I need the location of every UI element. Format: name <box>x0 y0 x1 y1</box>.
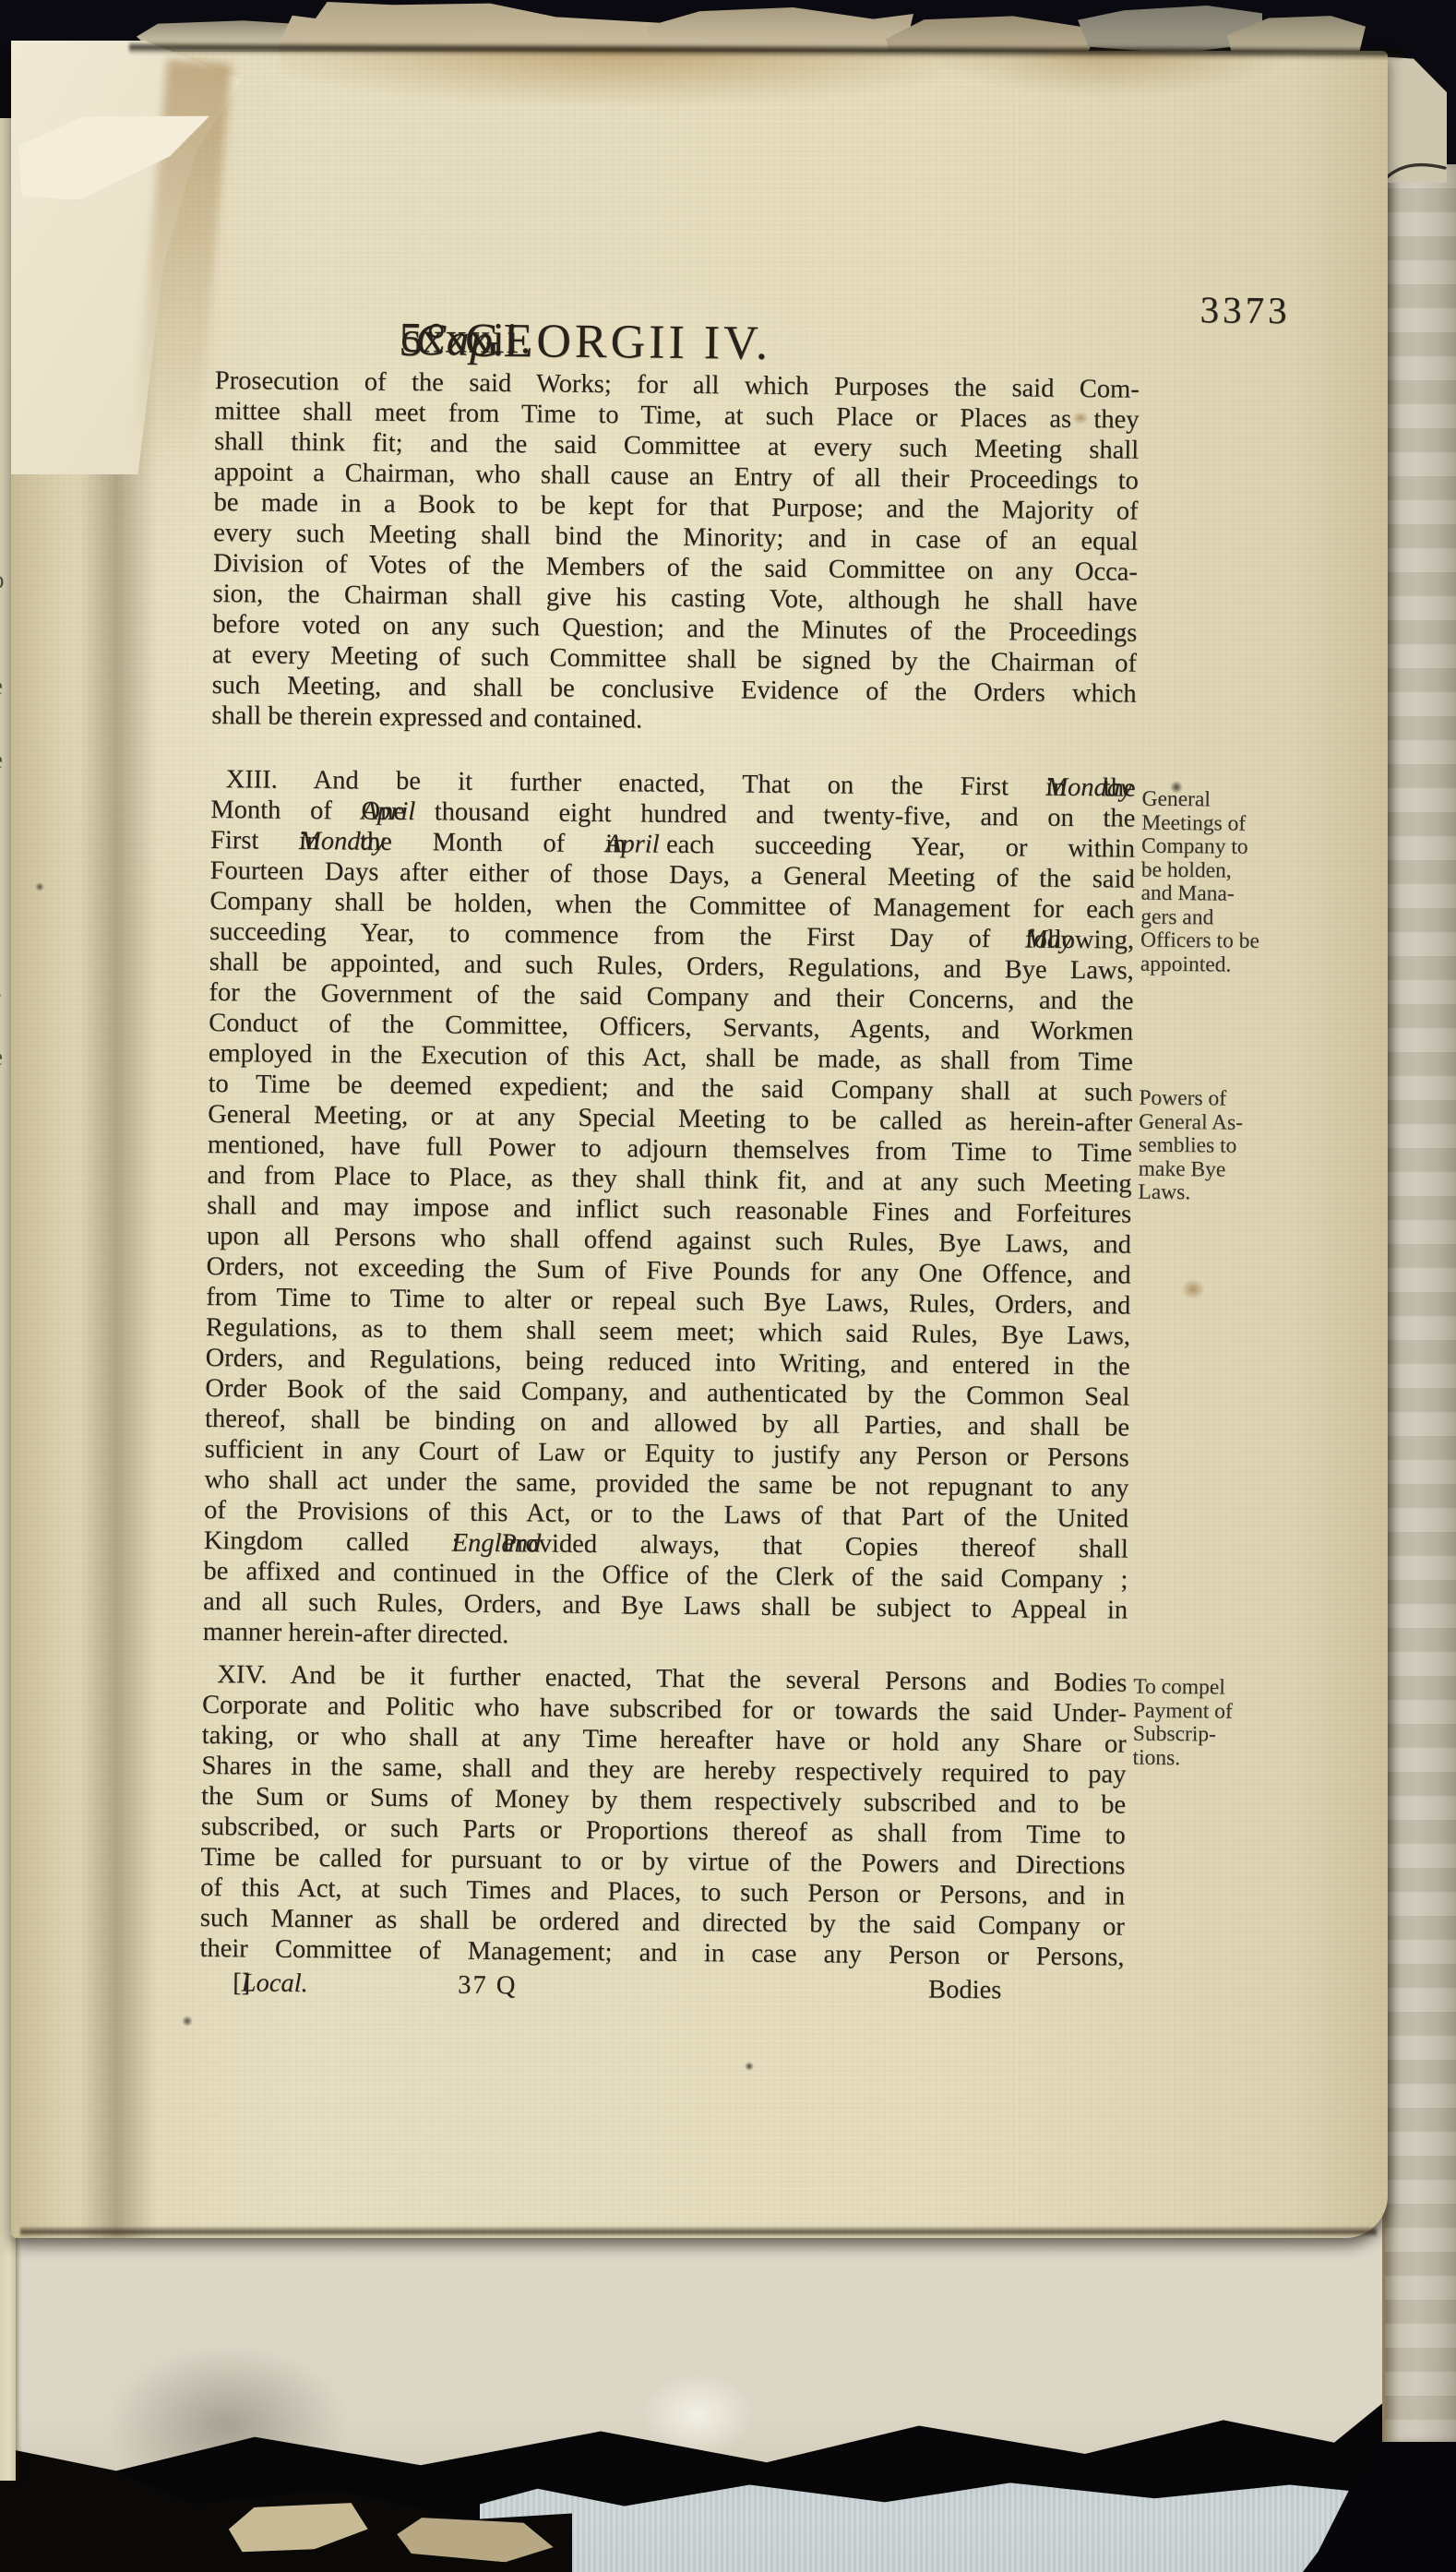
margin-note-line: gers and <box>1140 905 1299 930</box>
margin-note-line: Subscrip- <box>1133 1723 1292 1748</box>
catchword: Bodies <box>928 1976 1001 2006</box>
paper-chip <box>642 2374 753 2457</box>
margin-note-line: make Bye <box>1139 1157 1297 1182</box>
pen-mark <box>1380 153 1452 194</box>
margin-note-line: and Mana- <box>1140 882 1299 907</box>
bottom-cloth-band <box>480 2475 1444 2572</box>
margin-note-line: Powers of <box>1139 1087 1297 1112</box>
running-header: 5° GEORGII IV.Cap.cxxxii. <box>400 313 1230 321</box>
margin-note-powers: Powers ofGeneral As-semblies tomake ByeL… <box>1138 1087 1297 1206</box>
margin-note-subscriptions: To compelPayment ofSubscrip-tions. <box>1132 1676 1292 1772</box>
cloth-texture <box>480 2475 1444 2572</box>
margin-note-line: appointed. <box>1140 952 1299 977</box>
fore-edge-pages <box>1382 164 1456 2442</box>
section-xiv: XIV. And be it further enacted, That the… <box>199 1659 1127 1973</box>
margin-note-line: Company to <box>1141 835 1300 860</box>
signature-mark: 37 Q <box>458 1971 518 2002</box>
margin-note-line: Meetings of <box>1141 811 1300 836</box>
paragraph-prosecution: Prosecution of the said Works; for all w… <box>211 365 1140 740</box>
margin-note-line: Officers to be <box>1140 929 1299 954</box>
underlying-page-edge <box>6 2217 1390 2499</box>
smudge-stain <box>107 2346 347 2503</box>
printed-text-layer: 5° GEORGII IV.Cap.cxxxii. 3373 Prosecuti… <box>0 50 1390 2249</box>
page-number: 3373 <box>1199 287 1290 332</box>
margin-note-line: Payment of <box>1133 1699 1292 1724</box>
local-act-tag: [Local.] <box>233 1968 250 1998</box>
margin-note-line: tions. <box>1132 1746 1291 1771</box>
chapter-number: cxxxii. <box>400 313 533 364</box>
book-scan-photo: rftofeesef 5° GEORGII IV.Cap.cxxxii. 337… <box>0 0 1456 2572</box>
margin-note-line: General As- <box>1139 1110 1297 1135</box>
fore-edge-texture <box>1385 164 1456 2442</box>
margin-note-line: To compel <box>1133 1676 1292 1701</box>
book-page: 5° GEORGII IV.Cap.cxxxii. 3373 Prosecuti… <box>11 51 1388 2238</box>
page-footer: [Local.] 37 Q Bodies <box>199 1968 1124 2015</box>
margin-note-line: General <box>1141 788 1300 813</box>
margin-note-line: be holden, <box>1141 858 1300 883</box>
section-xiii: XIII. And be it further enacted, That on… <box>203 764 1136 1657</box>
margin-note-line: Laws. <box>1138 1181 1296 1206</box>
margin-note-line: semblies to <box>1139 1134 1297 1159</box>
margin-note-general-meetings: GeneralMeetings ofCompany tobe holden,an… <box>1140 788 1301 978</box>
